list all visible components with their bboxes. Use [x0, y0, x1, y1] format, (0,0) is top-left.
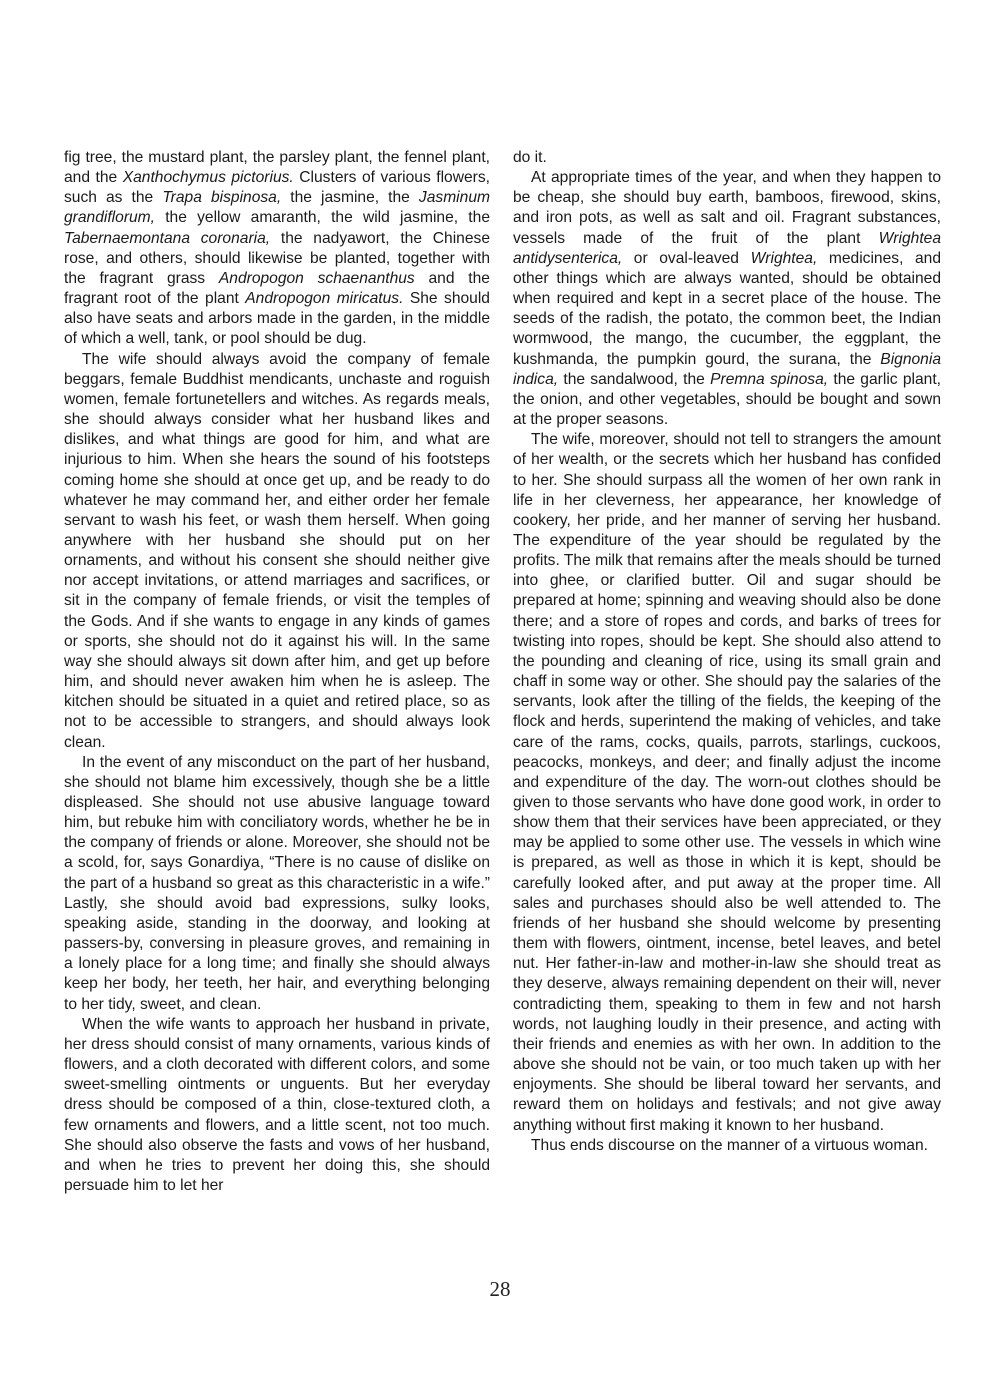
text-run: the yellow amaranth, the wild jasmine, t…	[155, 209, 490, 226]
italic-term: Xanthochymus pictorius.	[123, 169, 294, 186]
text-run: do it.	[513, 149, 547, 166]
italic-term: Premna spinosa,	[710, 371, 828, 388]
paragraph: The wife should always avoid the company…	[64, 350, 490, 753]
text-run: medicines, and other things which are al…	[513, 250, 941, 368]
paragraph: In the event of any misconduct on the pa…	[64, 753, 490, 1015]
text-run: Thus ends discourse on the manner of a v…	[531, 1137, 928, 1154]
text-run: The wife should always avoid the company…	[64, 351, 490, 751]
paragraph: do it.	[513, 148, 941, 168]
text-run: the jasmine, the	[281, 189, 419, 206]
paragraph: fig tree, the mustard plant, the parsley…	[64, 148, 490, 350]
text-run: The wife, moreover, should not tell to s…	[513, 431, 941, 1133]
page-number: 28	[0, 1277, 1000, 1302]
text-column-right: do it. At appropriate times of the year,…	[513, 148, 941, 1156]
italic-term: Andropogon schaenanthus	[219, 270, 415, 287]
italic-term: Trapa bispinosa,	[162, 189, 281, 206]
paragraph: At appropriate times of the year, and wh…	[513, 168, 941, 430]
text-run: or oval-leaved	[622, 250, 750, 267]
italic-term: Andropogon miricatus.	[245, 290, 403, 307]
paragraph: The wife, moreover, should not tell to s…	[513, 430, 941, 1135]
text-run: When the wife wants to approach her husb…	[64, 1016, 490, 1194]
text-column-left: fig tree, the mustard plant, the parsley…	[64, 148, 490, 1196]
document-page: fig tree, the mustard plant, the parsley…	[0, 0, 1000, 1385]
text-run: At appropriate times of the year, and wh…	[513, 169, 941, 246]
paragraph: Thus ends discourse on the manner of a v…	[513, 1136, 941, 1156]
text-run: the sandalwood, the	[558, 371, 710, 388]
italic-term: Tabernaemontana coronaria,	[64, 230, 270, 247]
text-run: In the event of any misconduct on the pa…	[64, 754, 490, 1013]
italic-term: Wrightea,	[751, 250, 818, 267]
paragraph: When the wife wants to approach her husb…	[64, 1015, 490, 1196]
